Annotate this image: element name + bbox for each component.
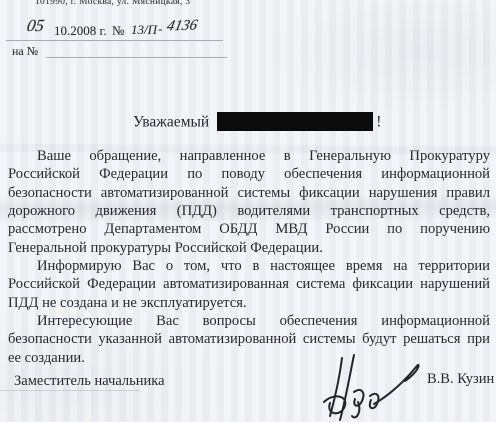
salutation-exclamation: ! (376, 114, 381, 131)
date-printed: 10.2008 г. (54, 23, 107, 39)
outgoing-number-handwritten: 4136 (165, 17, 199, 35)
body-line: Информирую Вас о том, что в настоящее вр… (8, 257, 490, 275)
signer-name: В.В. Кузин (427, 371, 494, 388)
salutation-text: Уважаемый (133, 114, 209, 131)
body-line: Ваше обращение, направленное в Генеральн… (8, 147, 490, 165)
letter-body: Ваше обращение, направленное в Генеральн… (8, 147, 490, 367)
reference-number-label: на № (12, 44, 38, 59)
reference-line-rule (46, 57, 227, 58)
body-line: безопасности автоматизированной системы … (8, 184, 490, 202)
body-line: Интересующие Вас вопросы обеспечения инф… (8, 312, 490, 330)
handwritten-signature (298, 352, 432, 422)
body-line: Российской Федерации автоматизированная … (8, 275, 490, 293)
body-line: ПДД не создана и не эксплуатируется. (8, 294, 490, 312)
number-sign-label: № (112, 23, 124, 39)
date-line-rule (6, 40, 223, 41)
body-line: рассмотрено Департаментом ОБДД МВД Росси… (8, 220, 490, 238)
body-line: дорожного движения (ПДД) водителями тран… (8, 202, 490, 220)
number-dash: - (158, 21, 162, 37)
redacted-name-box (217, 112, 373, 131)
body-line: безопасности указанной автоматизированно… (8, 330, 490, 348)
signer-title: Заместитель начальника (14, 373, 165, 390)
scanned-letter-page: 101990, г. Москва, ул. Мясницкая, 3 05 1… (0, 0, 496, 422)
letterhead-address: 101990, г. Москва, ул. Мясницкая, 3 (35, 0, 190, 7)
body-line: Российской Федерации по поводу обеспечен… (8, 165, 490, 183)
outgoing-number-printed: 13/П (131, 22, 157, 38)
body-line: Генеральной прокуратуры Российской Федер… (8, 239, 490, 257)
scan-crease (0, 390, 140, 391)
date-day-handwritten: 05 (25, 16, 46, 36)
salutation-line: Уважаемый! (133, 112, 381, 133)
